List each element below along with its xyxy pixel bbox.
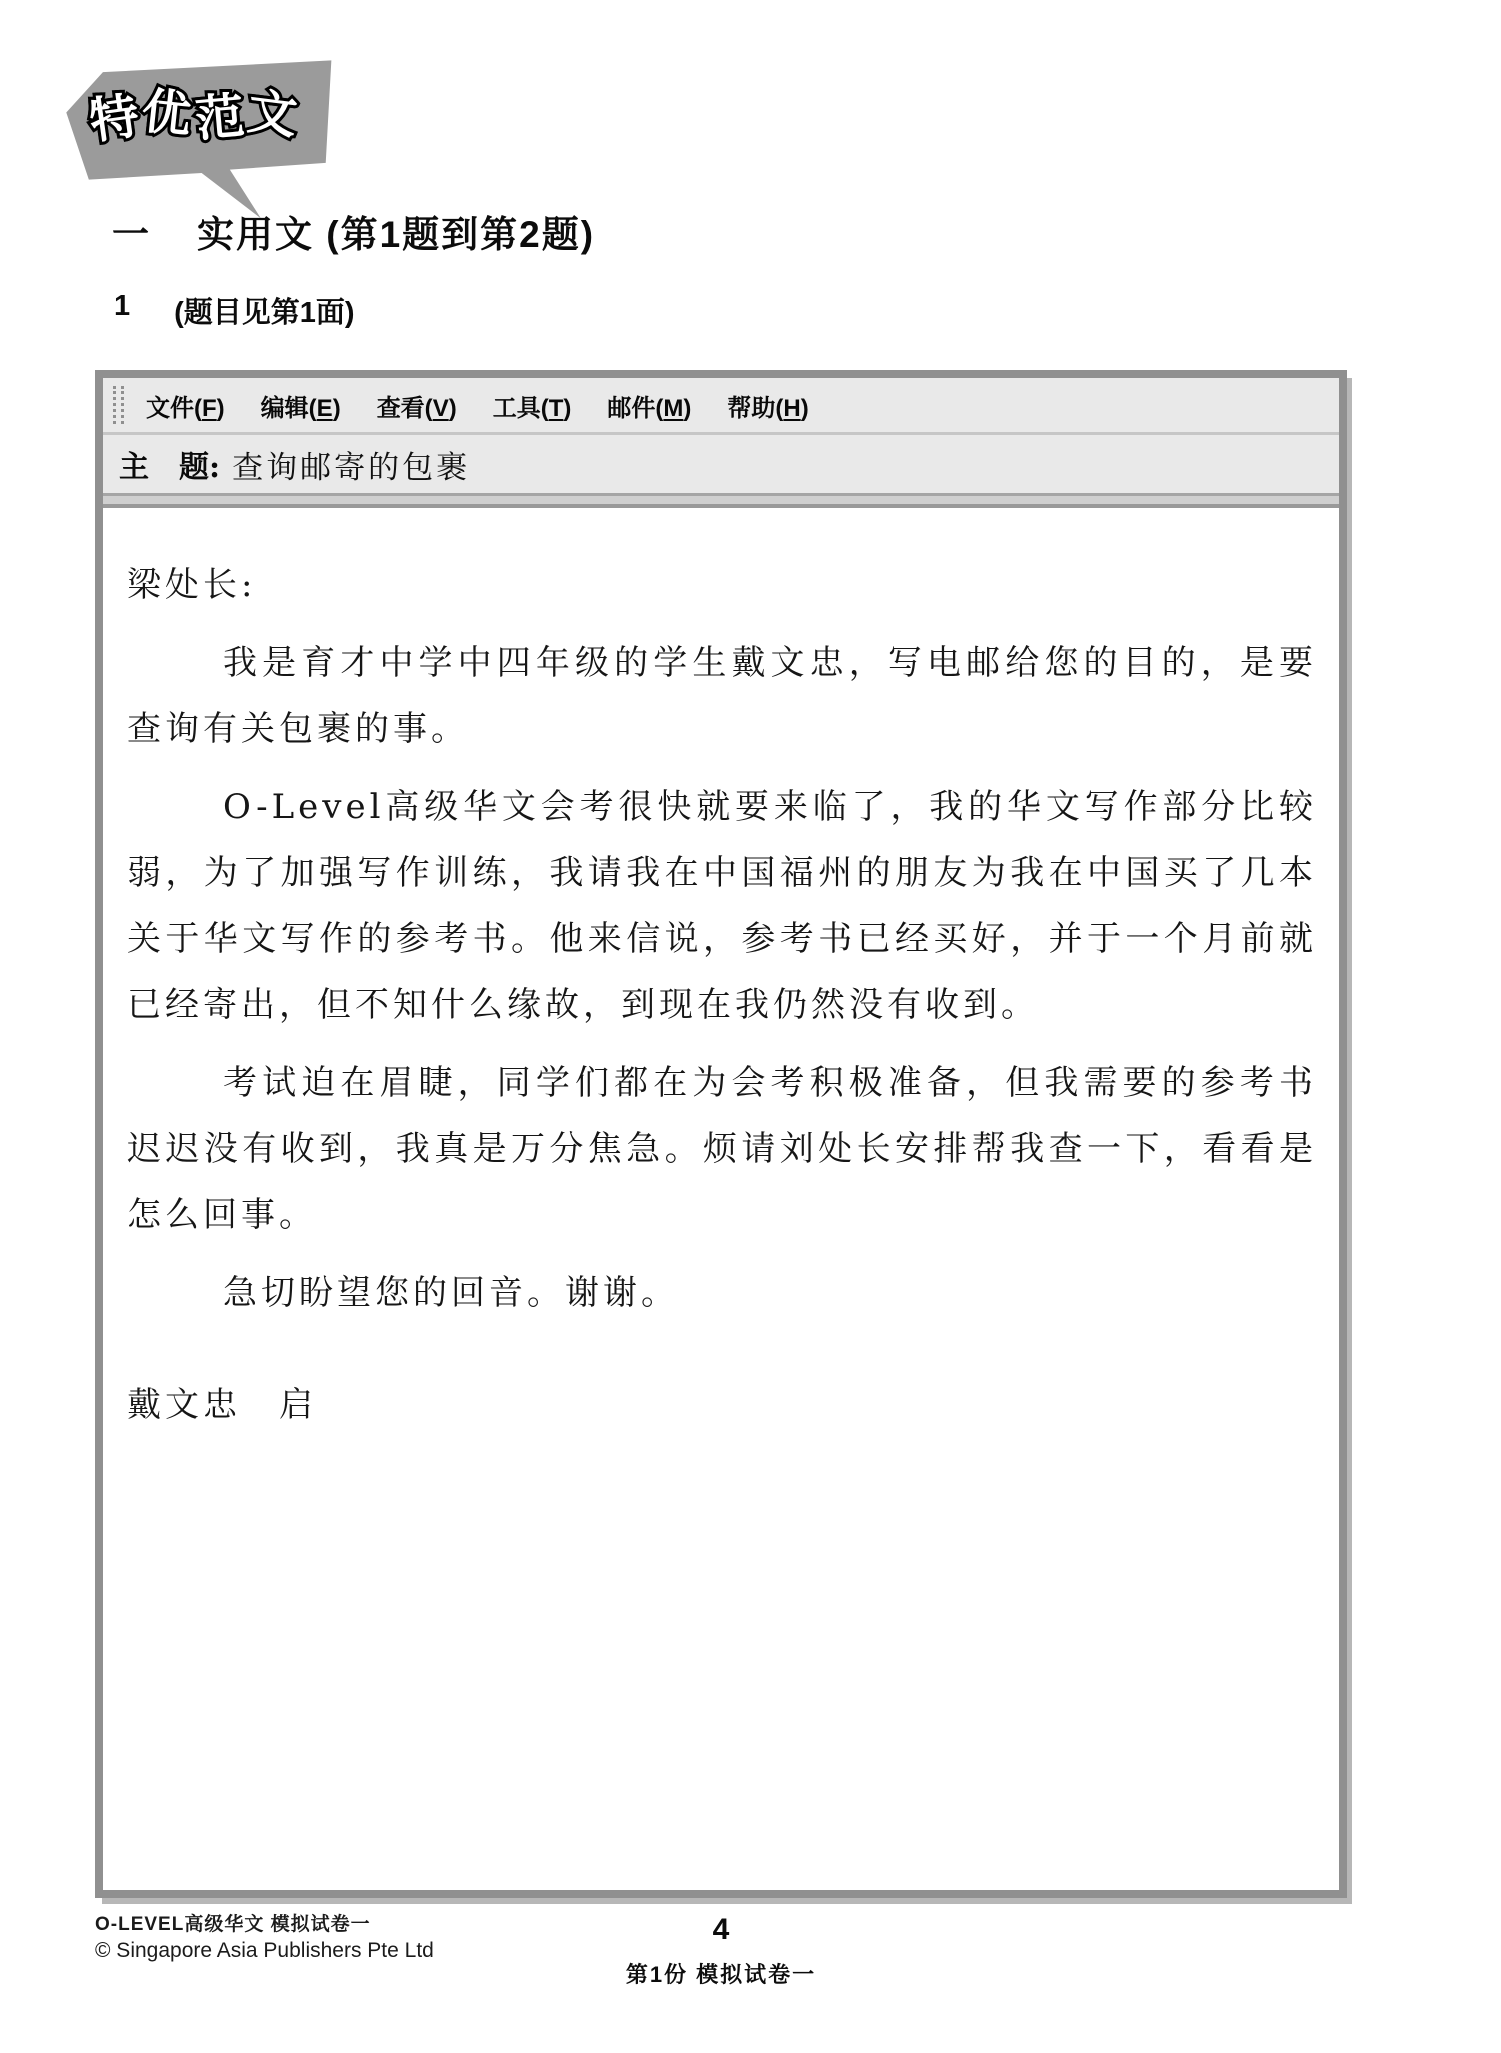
email-body: 梁处长:我是育才中学中四年级的学生戴文忠，写电邮给您的目的，是要查询有关包裹的事… xyxy=(103,508,1339,1438)
email-paragraph: 急切盼望您的回音。谢谢。 xyxy=(127,1260,1317,1326)
menu-item-F[interactable]: 文件(F) xyxy=(146,388,225,423)
email-signature: 戴文忠 启 xyxy=(127,1372,1317,1438)
email-paragraph: O-Level高级华文会考很快就要来临了，我的华文写作部分比较弱，为了加强写作训… xyxy=(127,774,1317,1038)
badge: 特优范文 xyxy=(55,52,337,220)
badge-char: 文 xyxy=(244,73,305,149)
toolbar-grip-icon[interactable] xyxy=(113,386,124,424)
menu-item-H[interactable]: 帮助(H) xyxy=(727,388,808,423)
subject-value: 查询邮寄的包裹 xyxy=(232,442,470,487)
email-paragraph: 考试迫在眉睫，同学们都在为会考积极准备，但我需要的参考书迟迟没有收到，我真是万分… xyxy=(127,1050,1317,1248)
question-note: (题目见第1面) xyxy=(174,290,354,331)
textbook-page: 特优范文 一 实用文 (第1题到第2题) 1 (题目见第1面) 文件(F)编辑(… xyxy=(0,0,1501,2053)
menu-item-M[interactable]: 邮件(M) xyxy=(607,388,691,423)
subject-label: 主 题: xyxy=(119,442,220,486)
question-line: 1 (题目见第1面) xyxy=(114,290,355,331)
email-paragraph: 梁处长: xyxy=(127,552,1317,618)
section-index: 一 xyxy=(112,204,151,258)
menu-bar-items: 文件(F)编辑(E)查看(V)工具(T)邮件(M)帮助(H) xyxy=(146,388,845,423)
menu-item-E[interactable]: 编辑(E) xyxy=(261,388,341,423)
menu-item-V[interactable]: 查看(V) xyxy=(377,388,457,423)
section-title: 实用文 (第1题到第2题) xyxy=(197,204,595,258)
menu-item-T[interactable]: 工具(T) xyxy=(493,388,572,423)
menu-bar: 文件(F)编辑(E)查看(V)工具(T)邮件(M)帮助(H) xyxy=(103,378,1339,435)
question-number: 1 xyxy=(114,290,130,331)
header-separator xyxy=(103,493,1339,508)
badge-char: 优 xyxy=(139,72,199,147)
email-window: 文件(F)编辑(E)查看(V)工具(T)邮件(M)帮助(H) 主 题: 查询邮寄… xyxy=(95,370,1347,1898)
email-paragraph: 我是育才中学中四年级的学生戴文忠，写电邮给您的目的，是要查询有关包裹的事。 xyxy=(127,630,1317,762)
page-number: 4 xyxy=(95,1913,1347,1947)
badge-char: 特 xyxy=(85,77,147,154)
subject-row: 主 题: 查询邮寄的包裹 xyxy=(103,435,1339,493)
footer-section-label: 第1份 模拟试卷一 xyxy=(95,1958,1347,1989)
badge-char: 范 xyxy=(192,77,251,151)
section-heading: 一 实用文 (第1题到第2题) xyxy=(112,204,595,258)
badge-label: 特优范文 xyxy=(89,78,309,148)
